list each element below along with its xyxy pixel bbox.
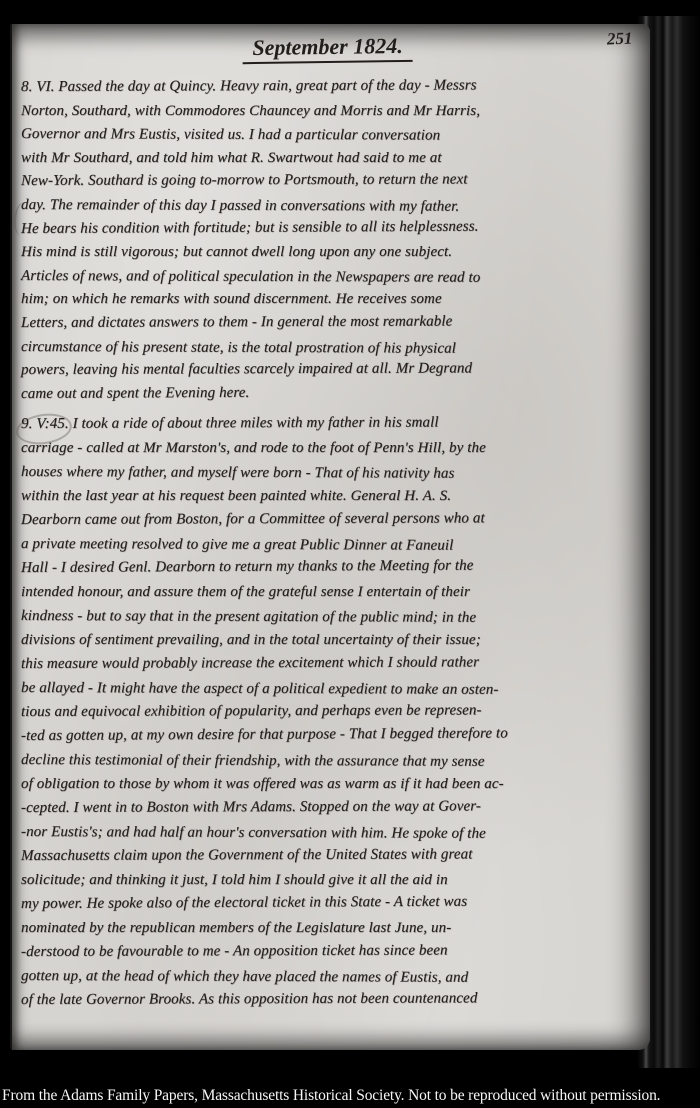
manuscript-line: New-York. Southard is going to-morrow to…	[21, 168, 634, 194]
manuscript-line: my power. He spoke also of the electoral…	[21, 889, 634, 916]
manuscript-line: kindness - but to say that in the presen…	[21, 604, 634, 630]
manuscript-line: -ted as gotten up, at my own desire for …	[21, 721, 634, 748]
manuscript-line: within the last year at his request been…	[21, 484, 634, 508]
manuscript-line: He bears his condition with fortitude; b…	[21, 214, 634, 241]
manuscript-line: -derstood to be favourable to me - An op…	[21, 938, 634, 964]
manuscript-line: tious and equivocal exhibition of popula…	[21, 698, 634, 724]
manuscript-line: Governor and Mrs Eustis, visited us. I h…	[21, 123, 634, 149]
manuscript-line: Norton, Southard, with Commodores Chaunc…	[21, 100, 634, 124]
manuscript-line: decline this testimonial of their friend…	[21, 748, 634, 774]
manuscript-line: came out and spent the Evening here.	[21, 380, 634, 407]
manuscript-line: of obligation to those by whom it was of…	[21, 772, 634, 796]
manuscript-line: intended honour, and assure them of the …	[21, 580, 634, 604]
manuscript-line: houses where my father, and myself were …	[21, 460, 634, 486]
manuscript-line: divisions of sentiment prevailing, and i…	[21, 628, 634, 652]
manuscript-line: Letters, and dictates answers to them - …	[21, 310, 634, 336]
manuscript-photo: 251 September 1824. 8. VI. Passed the da…	[0, 0, 700, 1108]
manuscript-line: him; on which he remarks with sound disc…	[21, 288, 634, 312]
manuscript-line: powers, leaving his mental faculties sca…	[21, 357, 634, 383]
diary-page: 251 September 1824. 8. VI. Passed the da…	[10, 24, 650, 1050]
manuscript-line: of the late Governor Brooks. As this opp…	[21, 986, 634, 1012]
manuscript-line: carriage - called at Mr Marston's, and r…	[21, 436, 634, 460]
manuscript-line: Articles of news, and of political specu…	[21, 265, 634, 291]
page-number: 251	[606, 29, 632, 50]
manuscript-line: His mind is still vigorous; but cannot d…	[21, 241, 634, 265]
manuscript-line: Massachusetts claim upon the Government …	[21, 842, 634, 868]
photo-caption: From the Adams Family Papers, Massachuse…	[2, 1087, 700, 1105]
manuscript-line: Hall - I desired Genl. Dearborn to retur…	[21, 553, 634, 580]
manuscript-line: nominated by the republican members of t…	[21, 916, 634, 940]
diary-entry-morning: 8. VI. Passed the day at Quincy. Heavy r…	[21, 76, 634, 406]
manuscript-line: this measure would probably increase the…	[21, 650, 634, 676]
manuscript-line: with Mr Southard, and told him what R. S…	[21, 147, 634, 171]
manuscript-line: 8. VI. Passed the day at Quincy. Heavy r…	[21, 74, 634, 100]
manuscript-line: Dearborn came out from Boston, for a Com…	[21, 506, 634, 532]
diary-entry-evening: 9. V:45. I took a ride of about three mi…	[21, 412, 634, 1012]
manuscript-line: -cepted. I went in to Boston with Mrs Ad…	[21, 794, 634, 820]
manuscript-line: 9. V:45. I took a ride of about three mi…	[21, 410, 634, 436]
page-header-date: September 1824.	[242, 33, 413, 64]
